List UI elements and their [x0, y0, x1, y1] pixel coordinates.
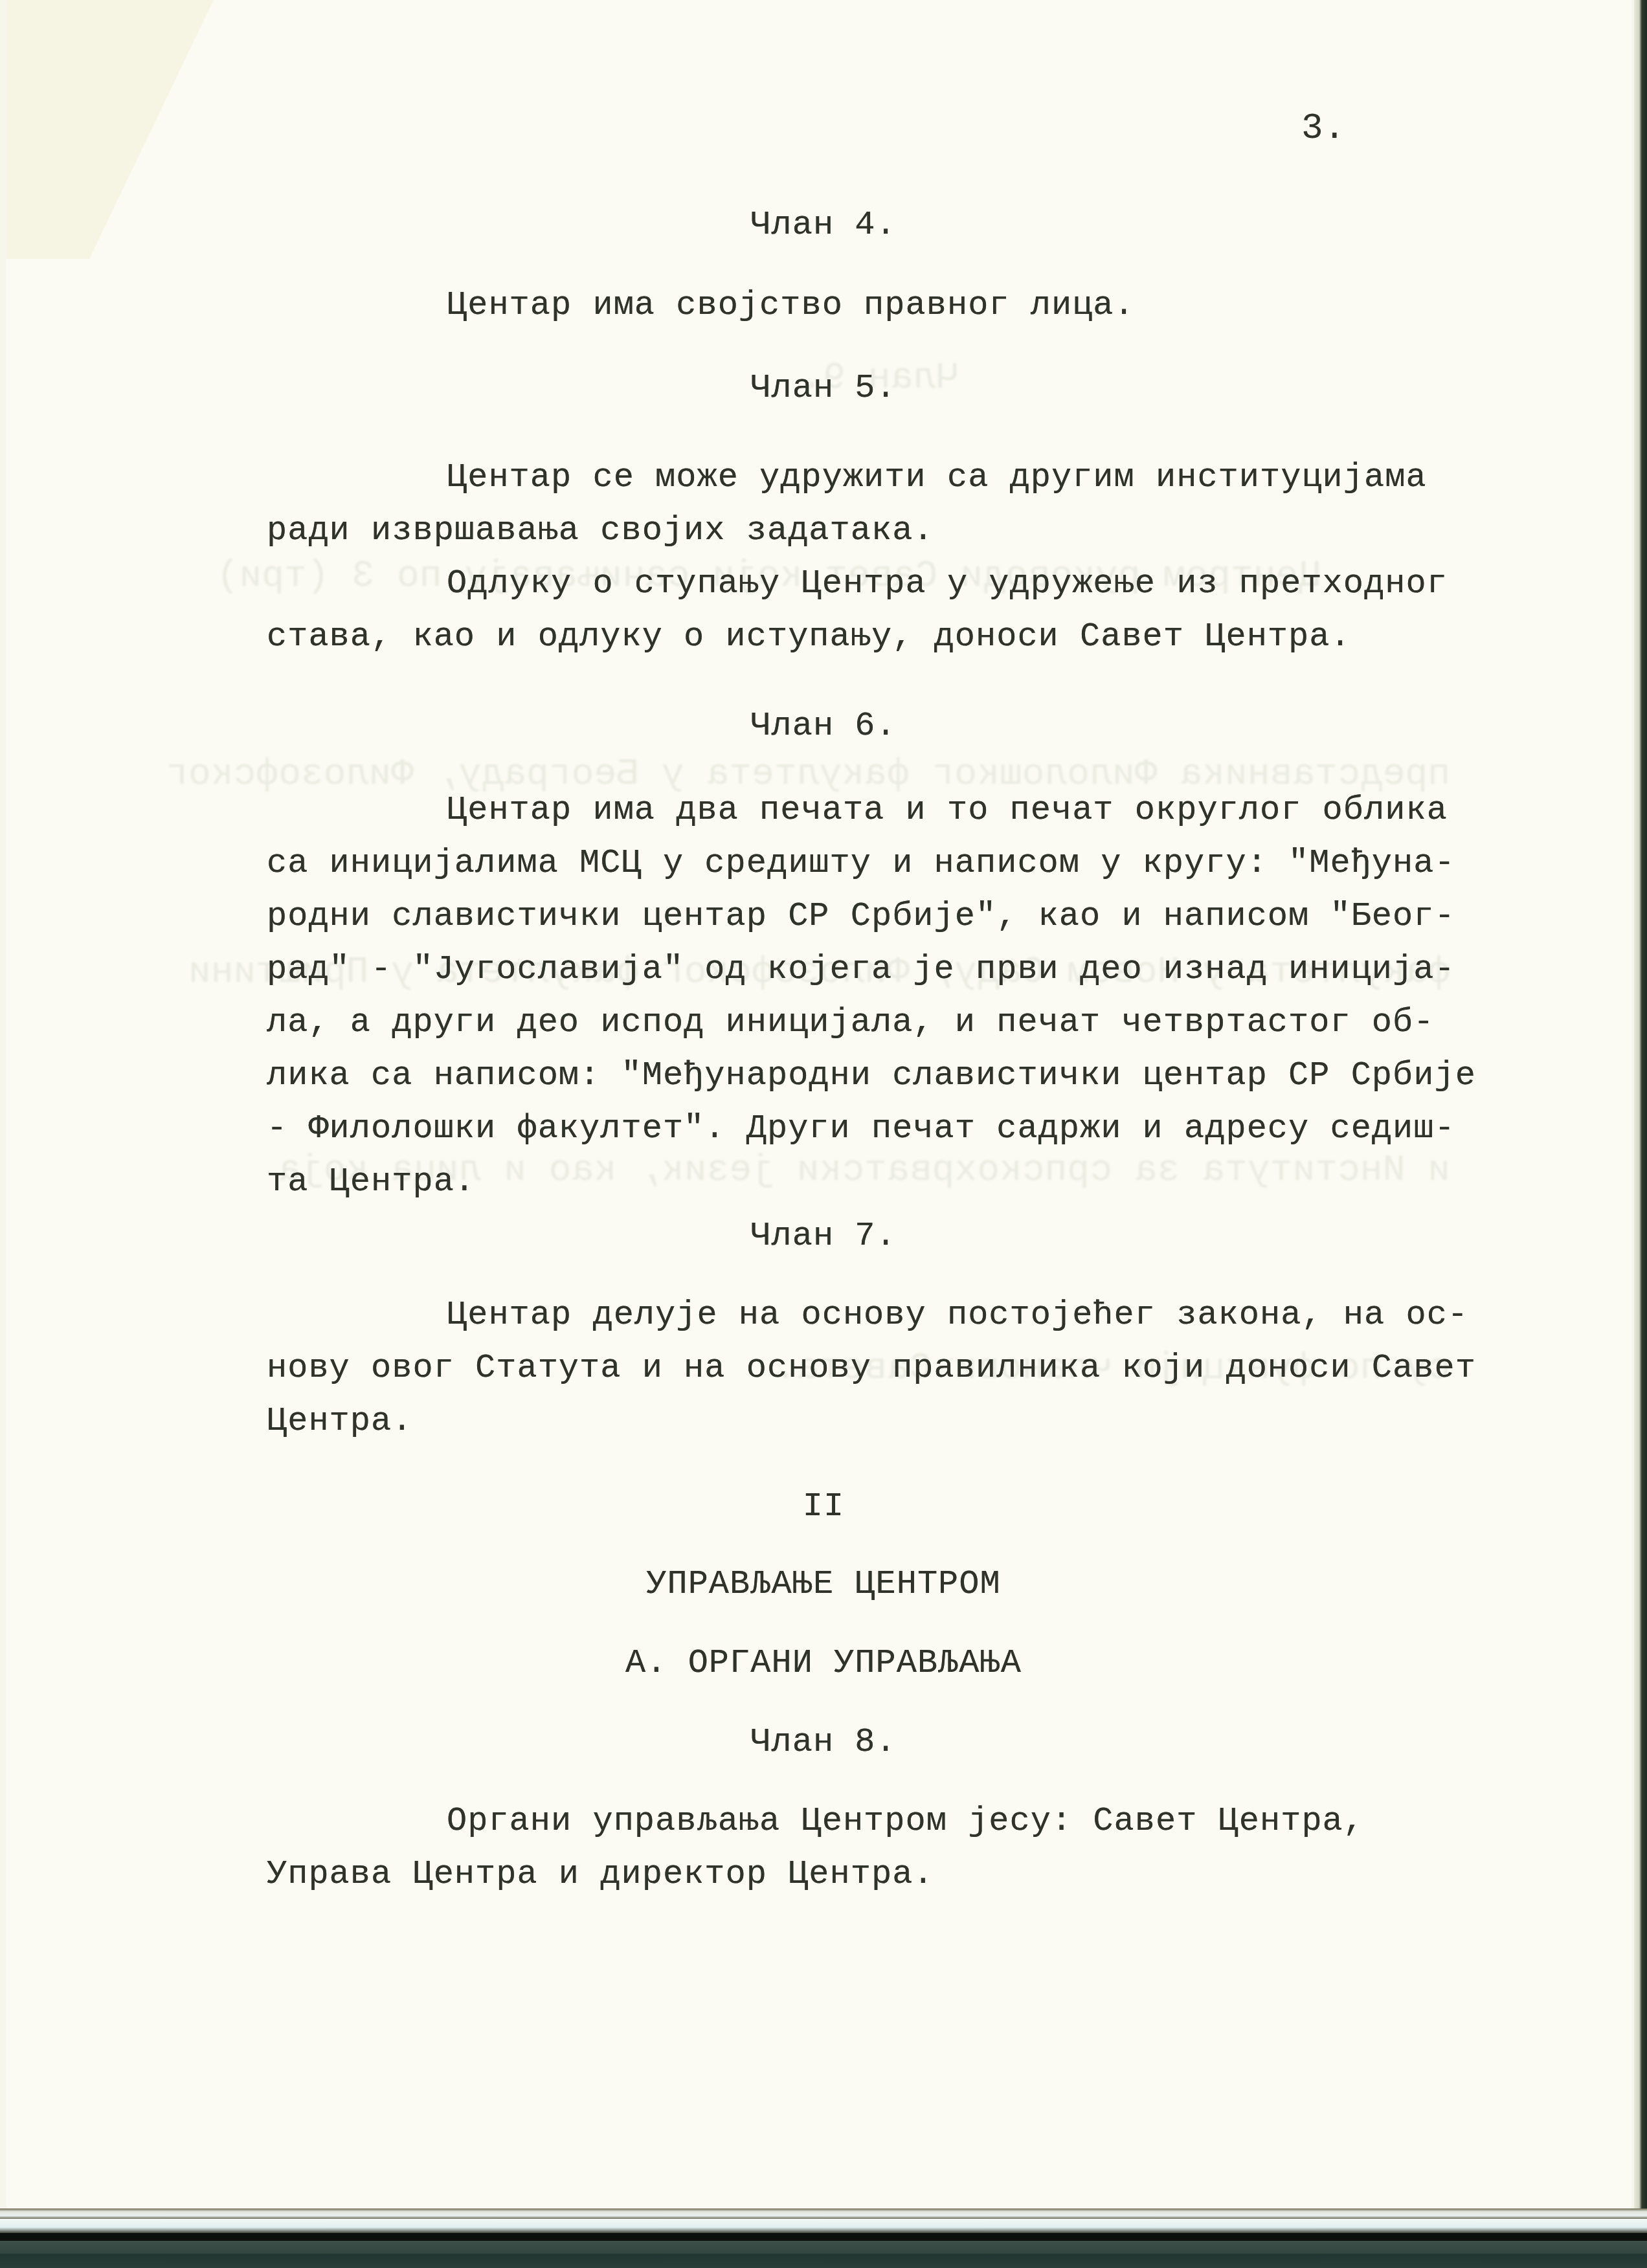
subsection-title: А. ОРГАНИ УПРАВЉАЊА: [0, 1644, 1647, 1683]
article-8-text: Органи управљања Центром јесу: Савет Цен…: [447, 1802, 1364, 1841]
article-8-text: Управа Центра и директор Центра.: [267, 1855, 934, 1894]
part-title: УПРАВЉАЊЕ ЦЕНТРОМ: [0, 1565, 1647, 1604]
article-7-text: Центра.: [267, 1402, 412, 1441]
article-6-text: - Филолошки факултет". Други печат садрж…: [267, 1109, 1455, 1148]
stacked-sheet-edge-bottom: [0, 2208, 1647, 2219]
article-6-text: родни славистички центар СР Србије", као…: [267, 897, 1455, 936]
article-6-text: та Центра.: [267, 1162, 475, 1201]
article-6-text: Центар има два печата и то печат округло…: [447, 791, 1448, 830]
article-6-text: са иницијалима МСЦ у средишту и написом …: [267, 844, 1455, 883]
article-6-text: лика са написом: "Међународни славистичк…: [267, 1056, 1476, 1095]
article-6-text: ла, а други део испод иницијала, и печат…: [267, 1003, 1434, 1042]
article-5-heading: Члан 5.: [0, 369, 1647, 408]
article-7-text: Центар делује на основу постојећег закон…: [447, 1296, 1468, 1335]
stacked-sheet-edge-bottom-lower: [0, 2219, 1647, 2233]
page-number: 3.: [1301, 109, 1346, 148]
article-6-text: рад" - "Југославија" од којега је први д…: [267, 950, 1455, 989]
scanner-bed: [0, 2241, 1647, 2268]
article-4-text: Центар има својство правног лица.: [447, 286, 1135, 325]
article-8-heading: Члан 8.: [0, 1723, 1647, 1762]
scanner-shadow: [0, 2233, 1647, 2241]
article-6-heading: Члан 6.: [0, 707, 1647, 746]
part-numeral: II: [0, 1487, 1647, 1526]
article-5-text: ради извршавања својих задатака.: [267, 511, 934, 550]
article-5-text: става, као и одлуку о иступању, доноси С…: [267, 617, 1351, 656]
typewritten-document: 3. Члан 4. Центар има својство правног л…: [0, 0, 1647, 2201]
article-5-text: Центар се може удружити са другим инстит…: [447, 458, 1427, 497]
article-7-text: нову овог Статута и на основу правилника…: [267, 1349, 1476, 1388]
article-4-heading: Члан 4.: [0, 206, 1647, 245]
article-7-heading: Члан 7.: [0, 1217, 1647, 1256]
article-5-text: Одлуку о ступању Центра у удружење из пр…: [447, 564, 1448, 603]
